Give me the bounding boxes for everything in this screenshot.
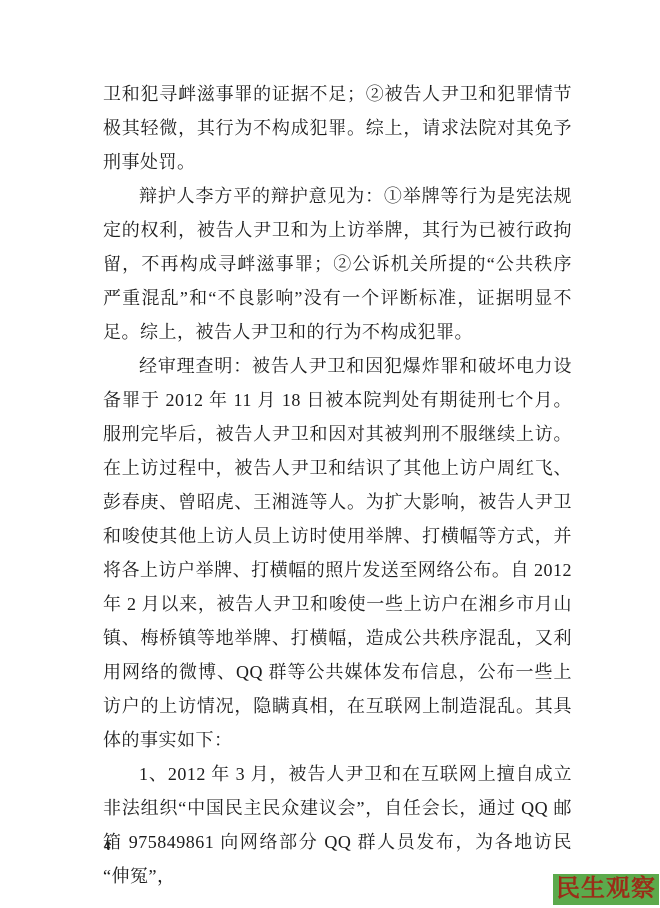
judgment-text-body: 卫和犯寻衅滋事罪的证据不足；②被告人尹卫和犯罪情节极其轻微，其行为不构成犯罪。综… <box>103 77 572 893</box>
paragraph: 卫和犯寻衅滋事罪的证据不足；②被告人尹卫和犯罪情节极其轻微，其行为不构成犯罪。综… <box>103 77 572 179</box>
paragraph: 1、2012 年 3 月，被告人尹卫和在互联网上擅自成立非法组织“中国民主民众建… <box>103 757 572 893</box>
page-number: 4 <box>104 838 111 854</box>
paragraph: 辩护人李方平的辩护意见为：①举牌等行为是宪法规定的权利，被告人尹卫和为上访举牌，… <box>103 179 572 349</box>
paragraph: 经审理查明：被告人尹卫和因犯爆炸罪和破坏电力设备罪于 2012 年 11 月 1… <box>103 349 572 757</box>
scanned-judgment-page: 卫和犯寻衅滋事罪的证据不足；②被告人尹卫和犯罪情节极其轻微，其行为不构成犯罪。综… <box>0 0 660 908</box>
watermark-minsheng-guancha: 民生观察 <box>553 874 659 905</box>
